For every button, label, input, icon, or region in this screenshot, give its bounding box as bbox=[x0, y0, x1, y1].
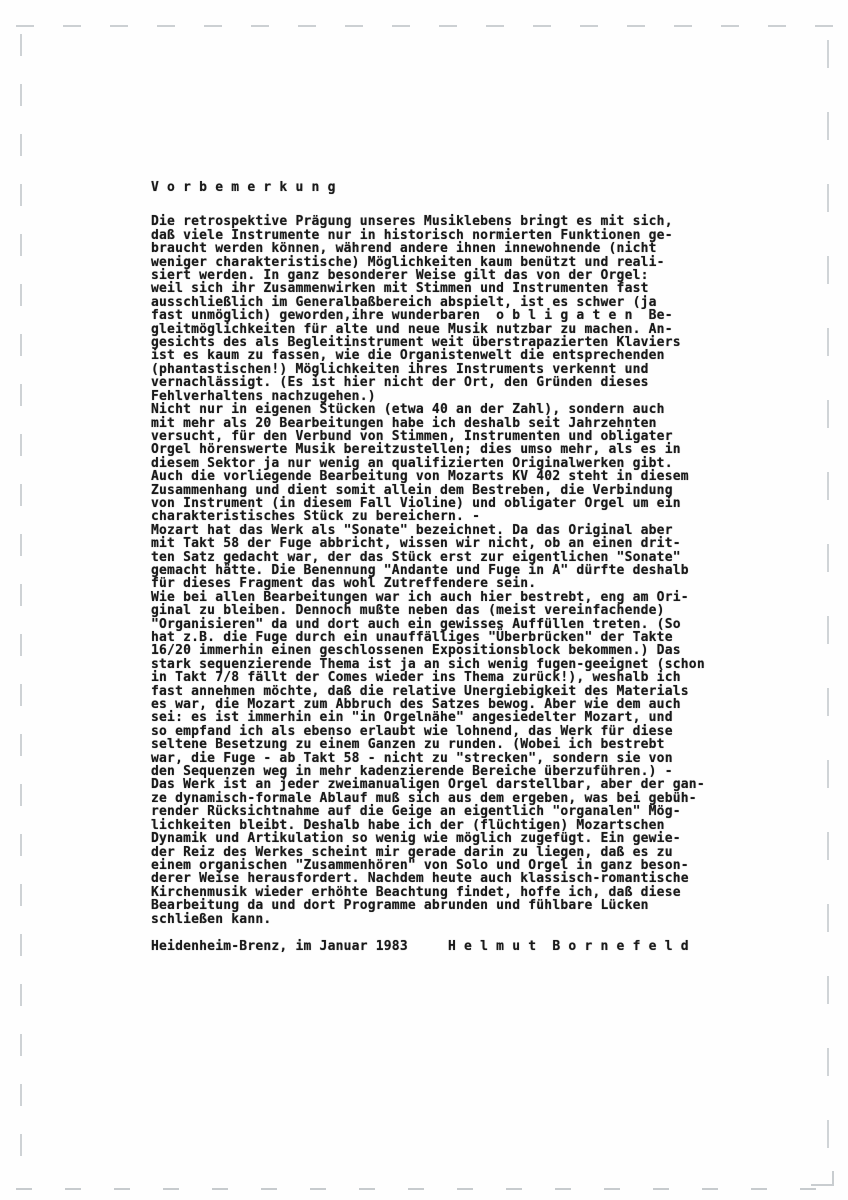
crop-mark-right bbox=[827, 40, 829, 1180]
crop-mark-top bbox=[16, 25, 834, 27]
corner-bracket-icon bbox=[811, 1171, 834, 1186]
signature-line: Heidenheim-Brenz, im Januar 1983 H e l m… bbox=[151, 940, 736, 953]
body-text: Die retrospektive Prägung unseres Musikl… bbox=[151, 215, 736, 926]
typewritten-text-block: V o r b e m e r k u n g Die retrospektiv… bbox=[151, 181, 736, 953]
crop-mark-left bbox=[20, 34, 22, 1180]
crop-mark-bottom bbox=[16, 1188, 836, 1190]
document-page: V o r b e m e r k u n g Die retrospektiv… bbox=[0, 0, 848, 1200]
page-title: V o r b e m e r k u n g bbox=[151, 181, 736, 194]
